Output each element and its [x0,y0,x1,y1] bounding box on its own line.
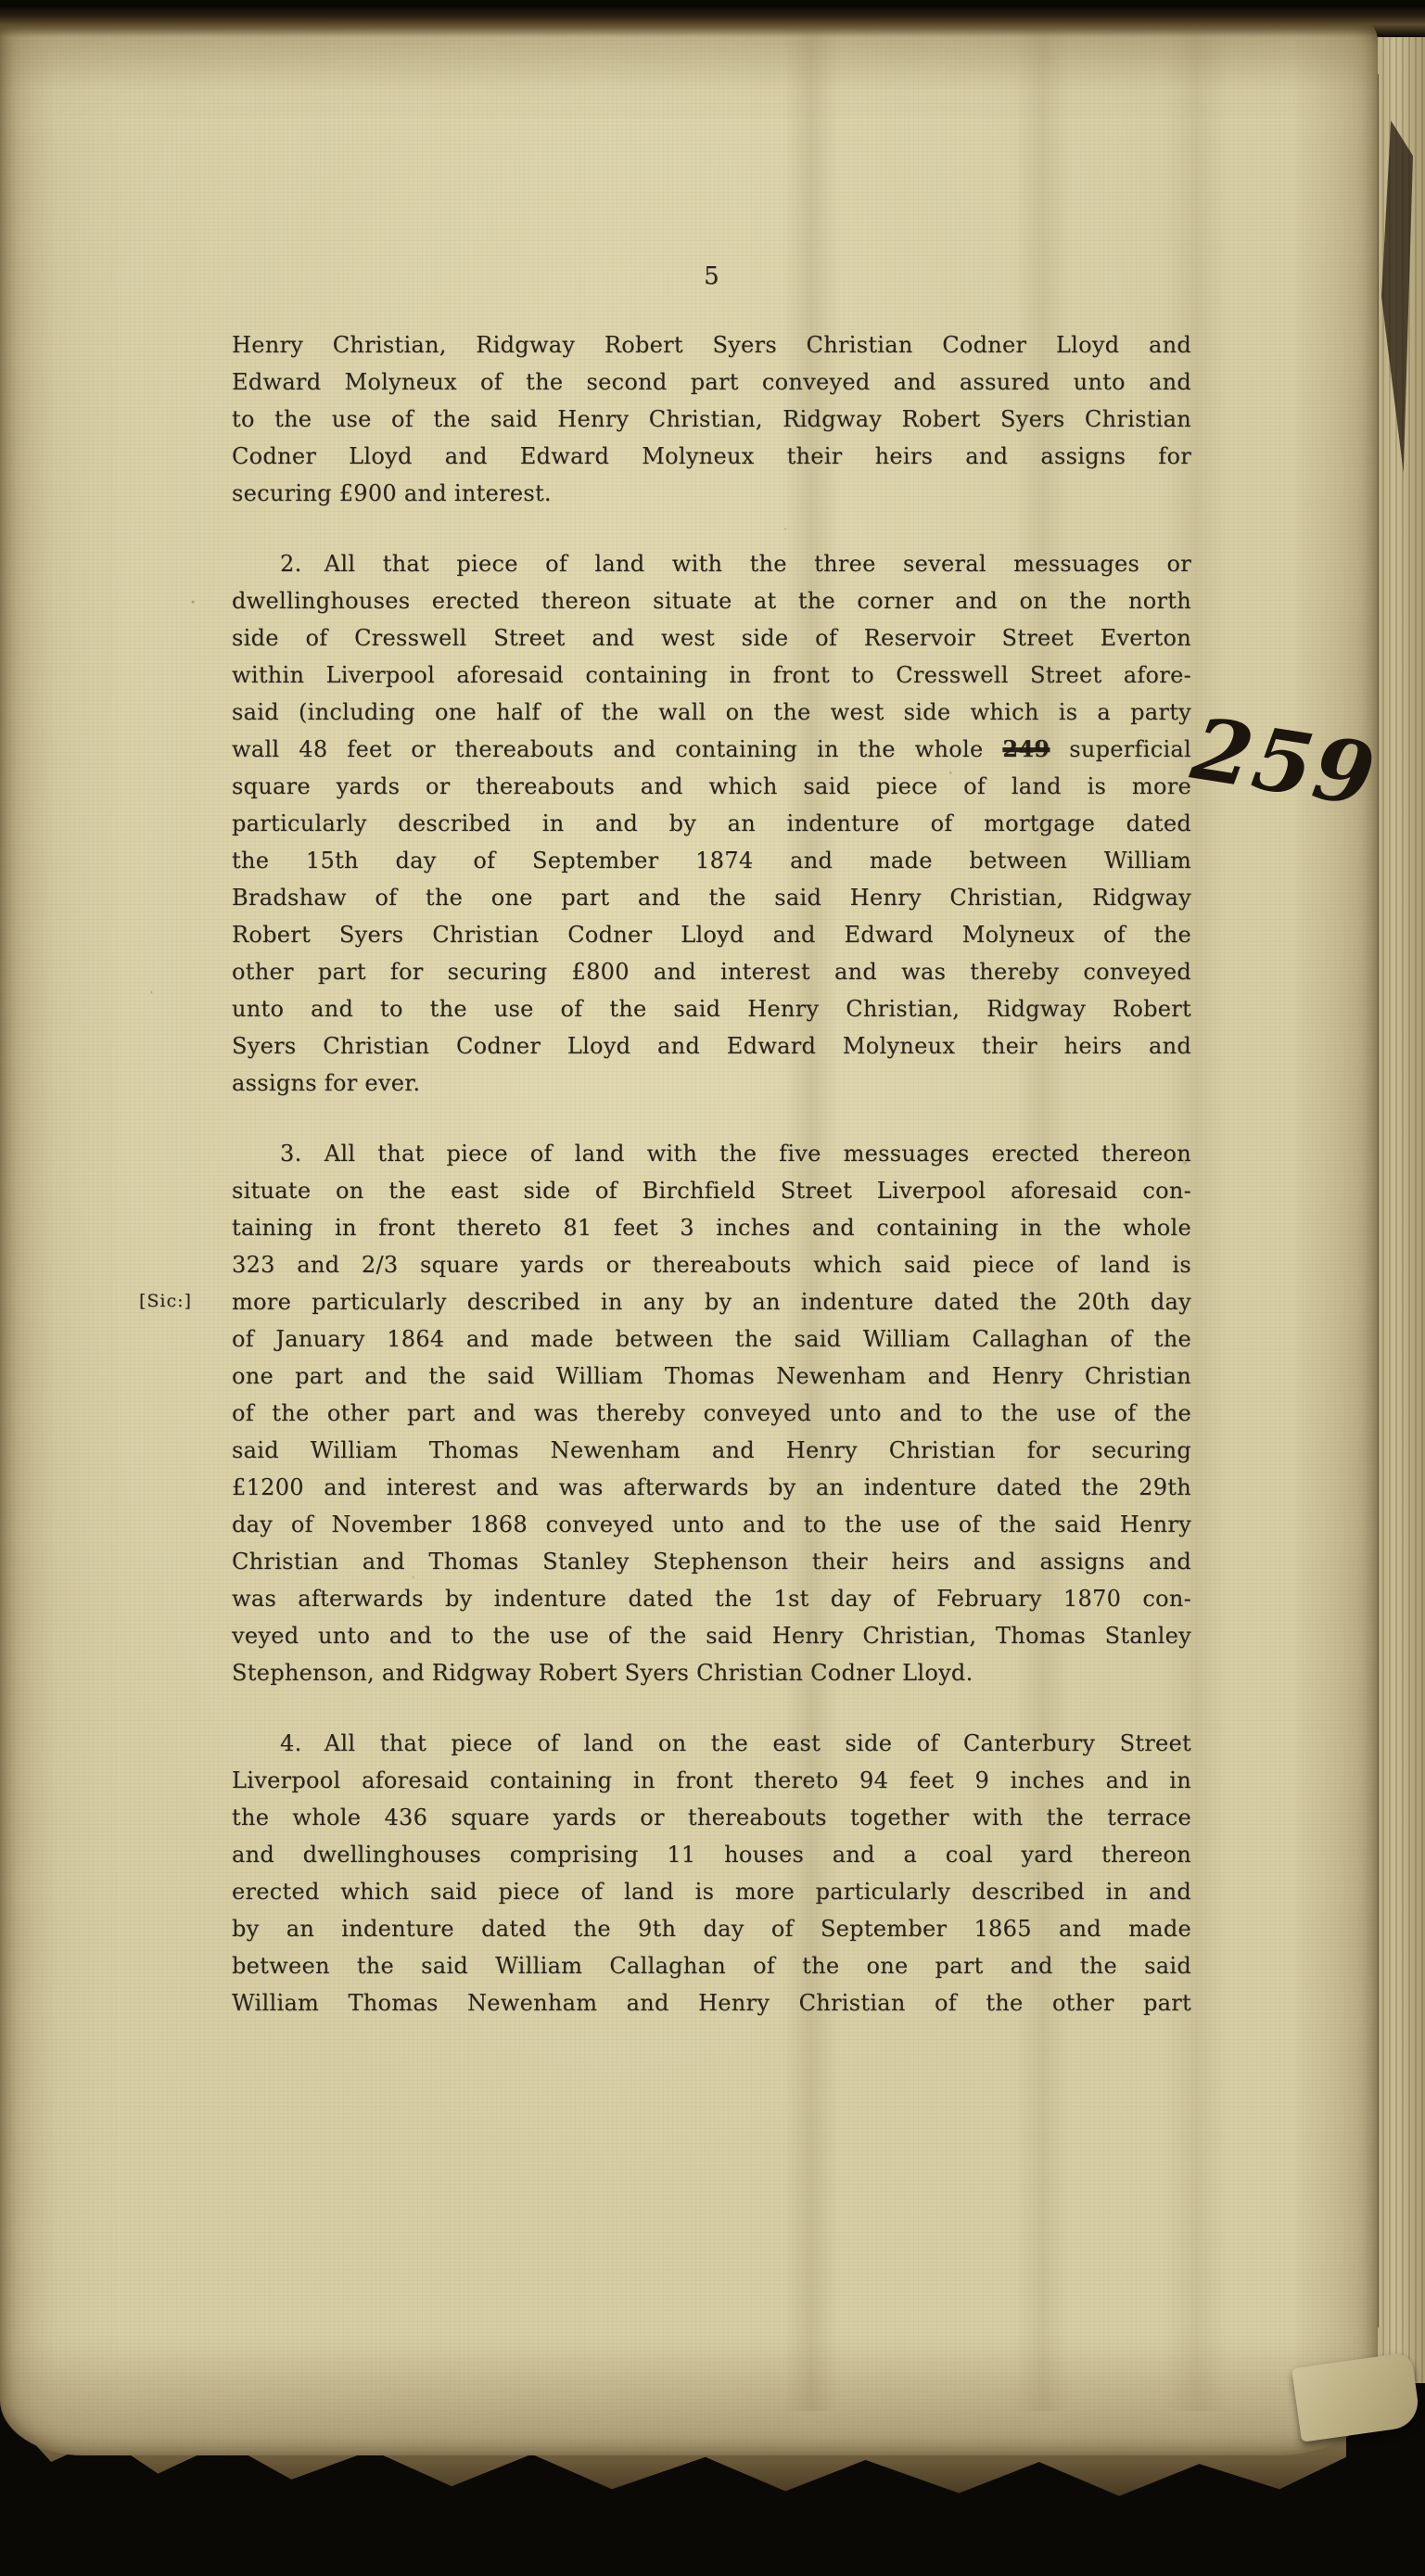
text-line: wall 48 feet or thereabouts and containi… [232,731,1191,768]
scanned-book-photo: 5 Henry Christian, Ridgway Robert Syers … [0,0,1425,2576]
text-line: taining in front thereto 81 feet 3 inche… [232,1209,1191,1246]
text-line: Robert Syers Christian Codner Lloyd and … [232,916,1191,953]
paragraph: 4. All that piece of land on the east si… [232,1725,1191,2021]
struck-out-number: 249 [1002,735,1050,762]
text-line: 3. All that piece of land with the five … [232,1135,1191,1172]
paragraph: 3. All that piece of land with the five … [232,1135,1191,1691]
paragraph: Henry Christian, Ridgway Robert Syers Ch… [232,326,1191,512]
folded-page-corner [1291,2352,1421,2442]
text-line: 2. All that piece of land with the three… [232,545,1191,582]
sic-margin-note: [Sic:] [139,1291,192,1311]
text-line: other part for securing £800 and interes… [232,953,1191,990]
text-line: Stephenson, and Ridgway Robert Syers Chr… [232,1654,1191,1691]
text-line: erected which said piece of land is more… [232,1873,1191,1910]
text-line: was afterwards by indenture dated the 1s… [232,1580,1191,1617]
text-line: securing £900 and interest. [232,475,1191,512]
text-line: Bradshaw of the one part and the said He… [232,879,1191,916]
text-line: Codner Lloyd and Edward Molyneux their h… [232,438,1191,475]
text-line: assigns for ever. [232,1065,1191,1102]
text-line: the whole 436 square yards or thereabout… [232,1799,1191,1836]
book-fore-edge-pages [1376,37,1425,2383]
text-line: particularly described in and by an inde… [232,805,1191,842]
text-line: to the use of the said Henry Christian, … [232,401,1191,438]
text-line: 4. All that piece of land on the east si… [232,1725,1191,1762]
text-line: Liverpool aforesaid containing in front … [232,1762,1191,1799]
text-line: between the said William Callaghan of th… [232,1947,1191,1984]
text-line: said (including one half of the wall on … [232,694,1191,731]
text-line: one part and the said William Thomas New… [232,1358,1191,1395]
text-segment: superficial [1050,736,1191,762]
paragraphs: Henry Christian, Ridgway Robert Syers Ch… [232,326,1191,2021]
text-line: side of Cresswell Street and west side o… [232,619,1191,657]
text-line: of January 1864 and made between the sai… [232,1320,1191,1358]
text-segment: wall 48 feet or thereabouts and containi… [232,736,1002,762]
text-line: day of November 1868 conveyed unto and t… [232,1506,1191,1543]
text-line: dwellinghouses erected thereon situate a… [232,582,1191,619]
text-line: of the other part and was thereby convey… [232,1395,1191,1432]
text-line: William Thomas Newenham and Henry Christ… [232,1984,1191,2021]
text-line: said William Thomas Newenham and Henry C… [232,1432,1191,1469]
paragraph: 2. All that piece of land with the three… [232,545,1191,1102]
text-line: unto and to the use of the said Henry Ch… [232,990,1191,1027]
text-line: Edward Molyneux of the second part conve… [232,363,1191,401]
text-line: Henry Christian, Ridgway Robert Syers Ch… [232,326,1191,363]
text-line: within Liverpool aforesaid containing in… [232,657,1191,694]
text-line: square yards or thereabouts and which sa… [232,768,1191,805]
text-line: Syers Christian Codner Lloyd and Edward … [232,1027,1191,1065]
page-number: 5 [232,262,1191,300]
text-line: more particularly described in any by an… [232,1283,1191,1320]
text-line: and dwellinghouses comprising 11 houses … [232,1836,1191,1873]
text-line: £1200 and interest and was afterwards by… [232,1469,1191,1506]
text-line: the 15th day of September 1874 and made … [232,842,1191,879]
text-line: Christian and Thomas Stanley Stephenson … [232,1543,1191,1580]
text-line: situate on the east side of Birchfield S… [232,1172,1191,1209]
text-line: by an indenture dated the 9th day of Sep… [232,1910,1191,1947]
text-line: veyed unto and to the use of the said He… [232,1617,1191,1654]
printed-text-block: 5 Henry Christian, Ridgway Robert Syers … [232,262,1191,2021]
text-line: 323 and 2/3 square yards or thereabouts … [232,1246,1191,1283]
